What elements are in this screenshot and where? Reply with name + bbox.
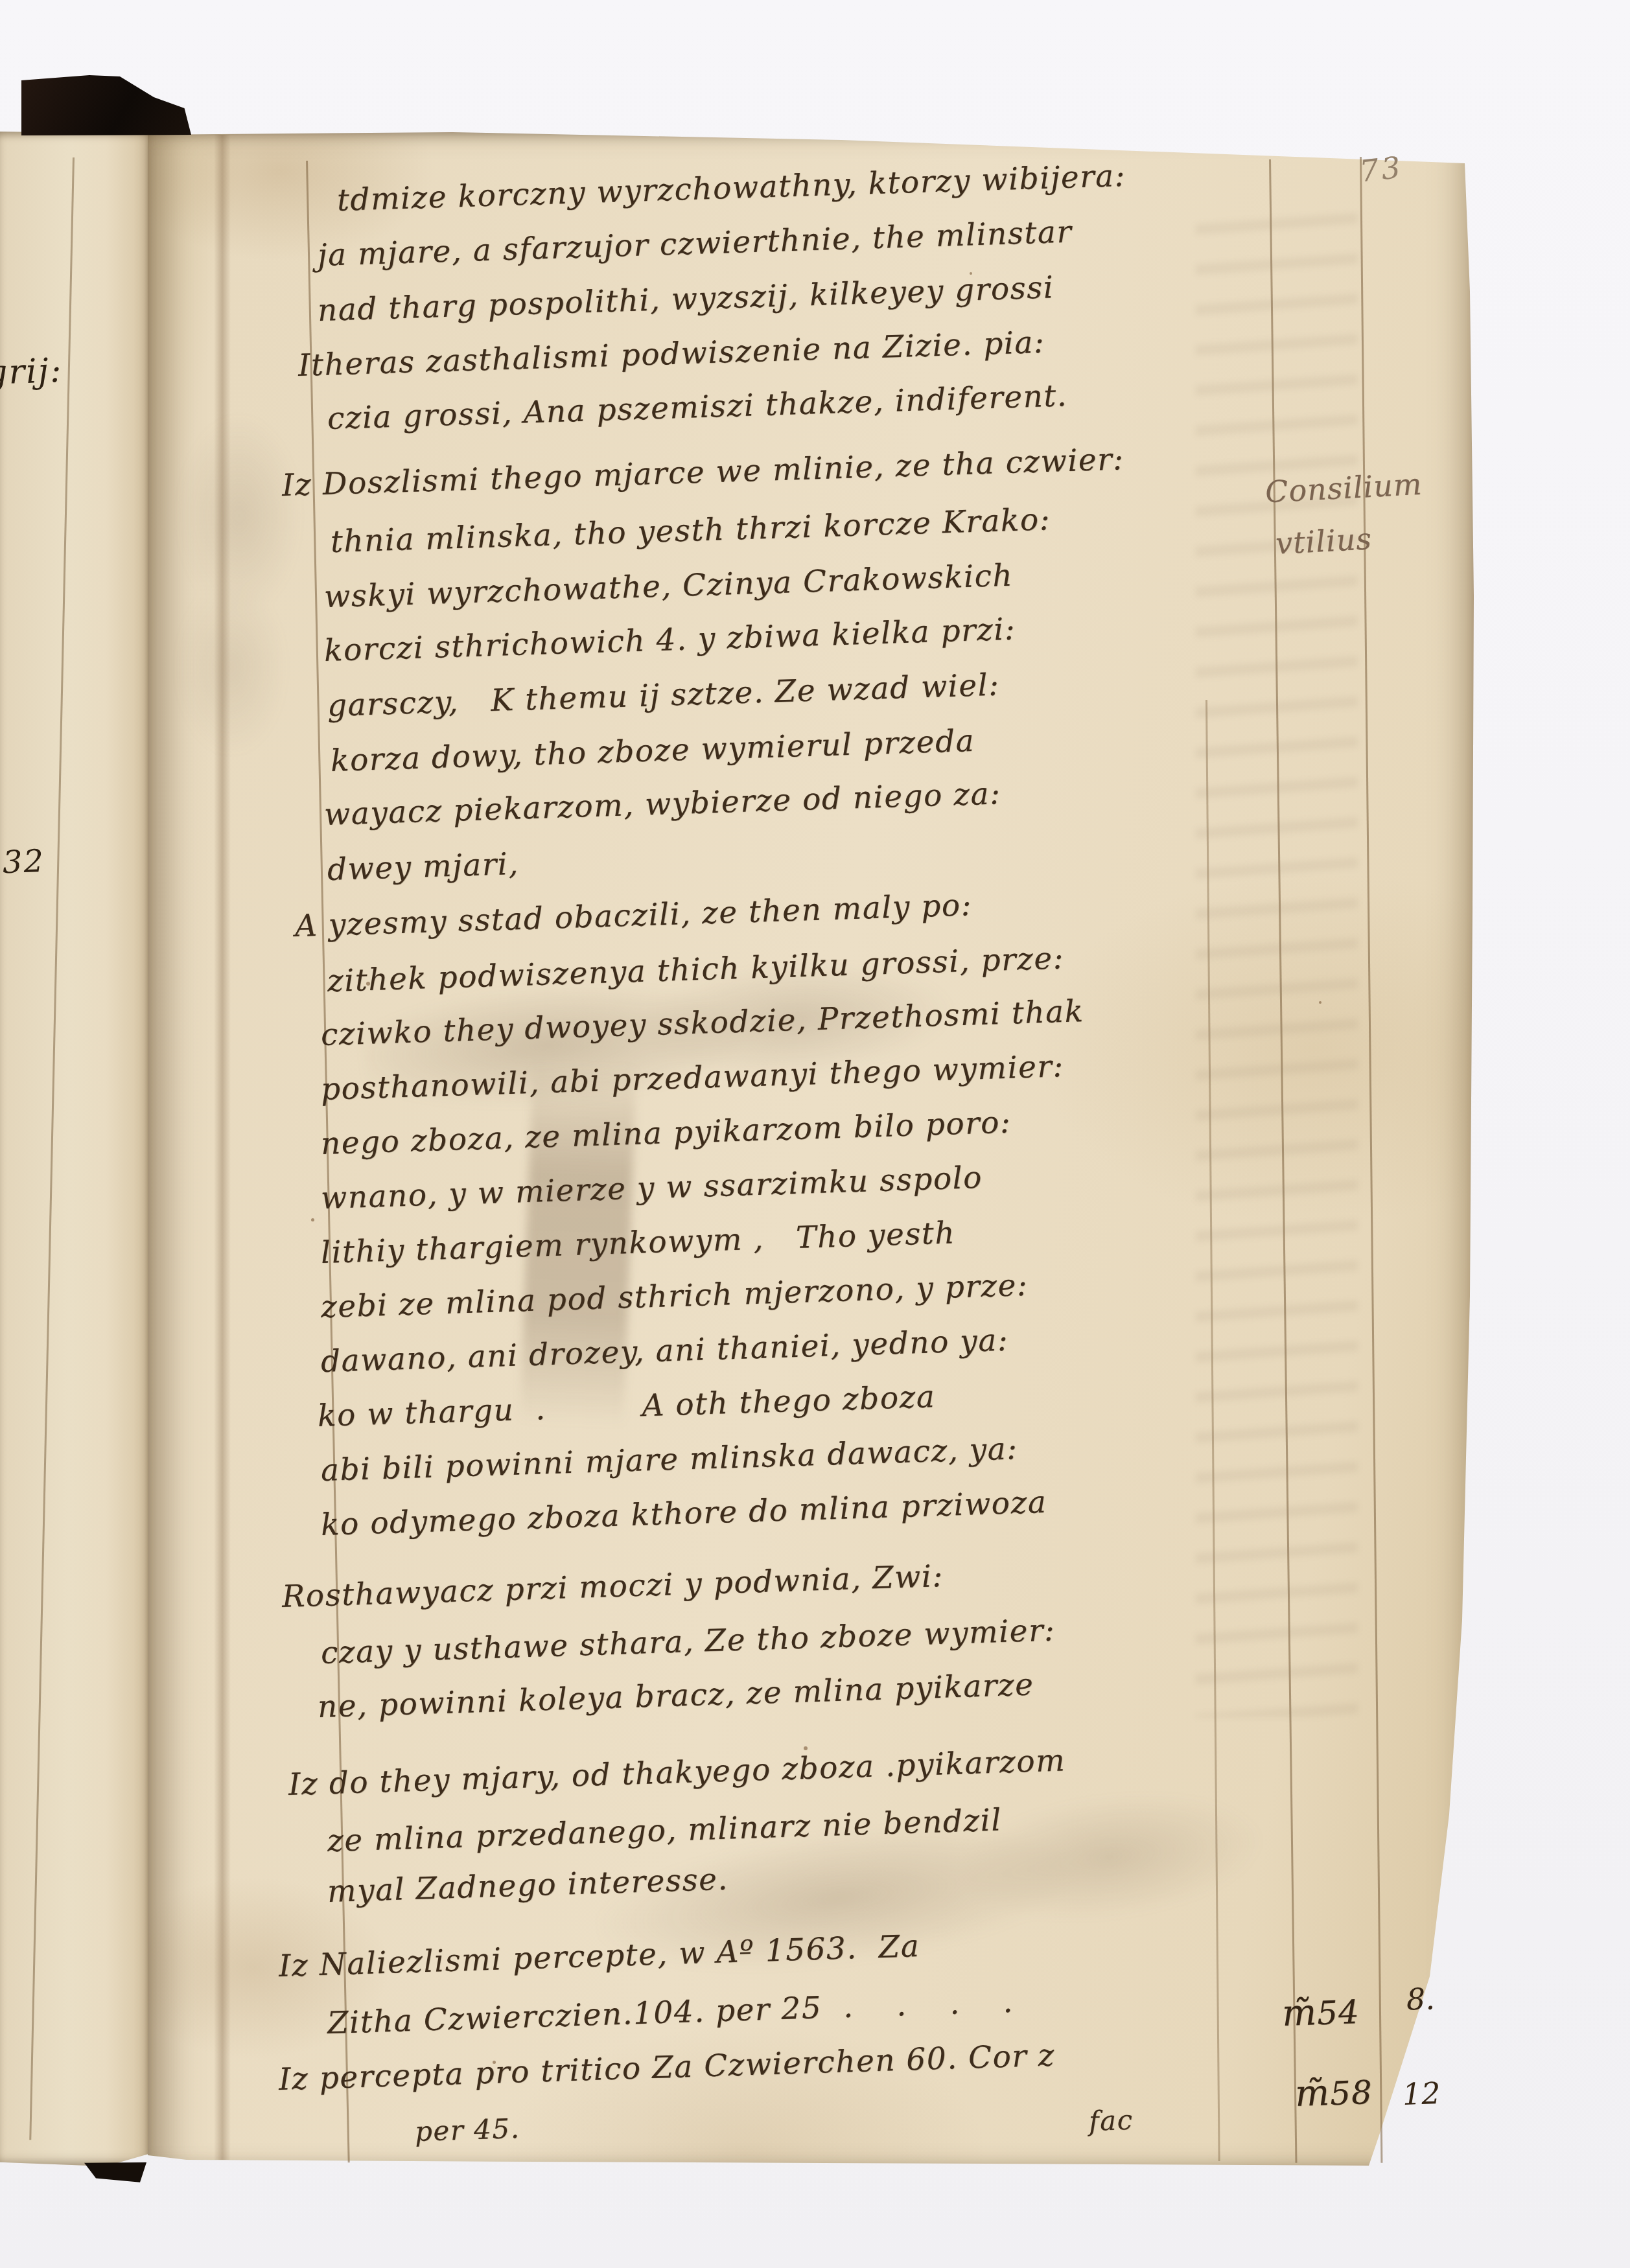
ink-speck (804, 1746, 808, 1750)
scanned-manuscript-page: grij: 32 73 Consilium vtilius tdmize kor… (0, 0, 1630, 2268)
manuscript-line: dwey mjari, (327, 848, 519, 886)
amount-entry2: m̃58 (1294, 2074, 1373, 2112)
ink-speck (311, 1218, 314, 1221)
amount-entry1: m̃54 (1281, 1993, 1360, 2032)
gutter-crease (214, 135, 231, 2160)
amount-entry1-groschen: 8. (1406, 1984, 1435, 2015)
verso-number-fragment: 32 (2, 846, 45, 878)
margin-note-line2: vtilius (1275, 524, 1373, 559)
binding-leather-top (21, 73, 191, 137)
currency-mark: m̃ (1281, 1991, 1318, 2035)
amount-entry2-groschen: 12 (1402, 2078, 1441, 2109)
manuscript-line-per45: per 45. (414, 2114, 520, 2146)
page-number: 73 (1358, 152, 1404, 187)
verso-ruled-line (29, 157, 75, 2140)
binding-leather-bottom (83, 2161, 148, 2183)
margin-note-line1: Consilium (1264, 469, 1423, 507)
amount-value: 54 (1316, 1993, 1360, 2032)
verso-text-fragment: grij: (0, 354, 63, 390)
currency-mark: m̃ (1294, 2072, 1331, 2115)
facing-page-edge (0, 132, 151, 2166)
manuscript-line-fac: fac (1088, 2106, 1134, 2136)
amount-value: 58 (1329, 2074, 1373, 2112)
ink-speck (1319, 1001, 1321, 1004)
